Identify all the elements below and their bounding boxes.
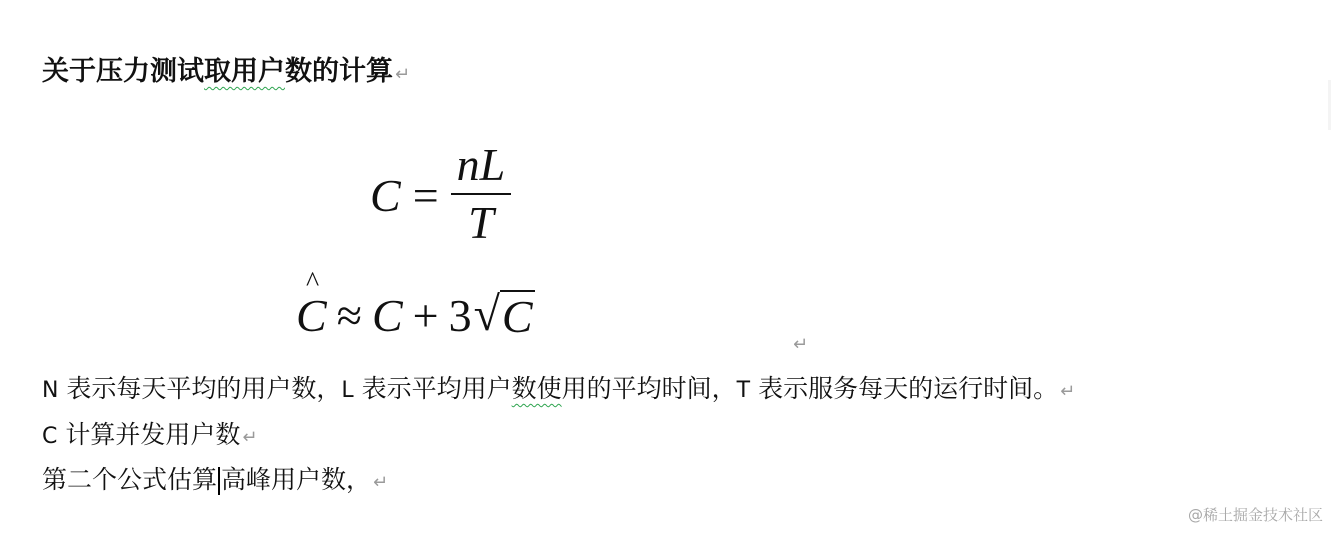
formula1-numerator: nL [451, 139, 512, 195]
var-n: N [42, 378, 58, 403]
heading-text-spellcheck: 取用户 [204, 56, 285, 87]
var-t: T [737, 378, 750, 403]
paragraph-mark-icon: ↵ [1060, 381, 1075, 402]
heading-text-3: 数的计算 [285, 56, 393, 87]
paragraph-mark-icon: ↵ [373, 472, 388, 493]
line3-before-caret: 第二个公式估算 [42, 465, 217, 494]
paragraph-c-definition: C 计算并发用户数↵ [42, 417, 257, 456]
paragraph-mark-icon: ↵ [793, 334, 808, 355]
formula1-fraction: nL T [451, 139, 512, 251]
formula1-equals: = [413, 169, 439, 222]
formula2-coefficient: 3 [449, 289, 472, 342]
line2-text: 计算并发用户数 [57, 420, 240, 449]
line1-seg1: 表示每天平均的用户数， [58, 374, 341, 403]
formula2-term1: C [372, 289, 403, 342]
line3-after-caret: 高峰用户数， [221, 465, 371, 494]
line1-spellcheck: 数使 [512, 374, 562, 403]
paragraph-second-formula[interactable]: 第二个公式估算高峰用户数，↵ [42, 462, 388, 501]
paragraph-mark-icon: ↵ [242, 427, 257, 448]
heading-text-1: 关于压力测试 [42, 56, 204, 87]
var-c: C [42, 424, 57, 449]
text-caret [218, 467, 220, 495]
formula2-radicand: C [500, 290, 535, 342]
formula2-lhs-hat: C [296, 289, 327, 342]
paragraph-mark-icon: ↵ [395, 64, 410, 85]
formula2-sqrt: √ C [472, 287, 535, 342]
formula-peak-users: C ≈ C + 3 √ C [296, 272, 535, 342]
sqrt-radical-icon: √ [474, 287, 500, 342]
formula2-plus: + [413, 289, 439, 342]
formula1-lhs: C [370, 169, 401, 222]
watermark: @稀土掘金技术社区 [1188, 504, 1323, 525]
line1-seg3: 用的平均时间， [562, 374, 737, 403]
var-l: L [341, 378, 353, 403]
formula-concurrent-users: C = nL T [370, 135, 511, 255]
line1-seg2: 表示平均用户 [354, 374, 512, 403]
formula1-denominator: T [468, 195, 494, 251]
paragraph-variable-definitions: N 表示每天平均的用户数，L 表示平均用户数使用的平均时间，T 表示服务每天的运… [42, 371, 1075, 410]
line1-seg4: 表示服务每天的运行时间。 [750, 374, 1058, 403]
document-heading: 关于压力测试取用户数的计算↵ [42, 52, 410, 95]
formula2-approx: ≈ [337, 289, 362, 342]
